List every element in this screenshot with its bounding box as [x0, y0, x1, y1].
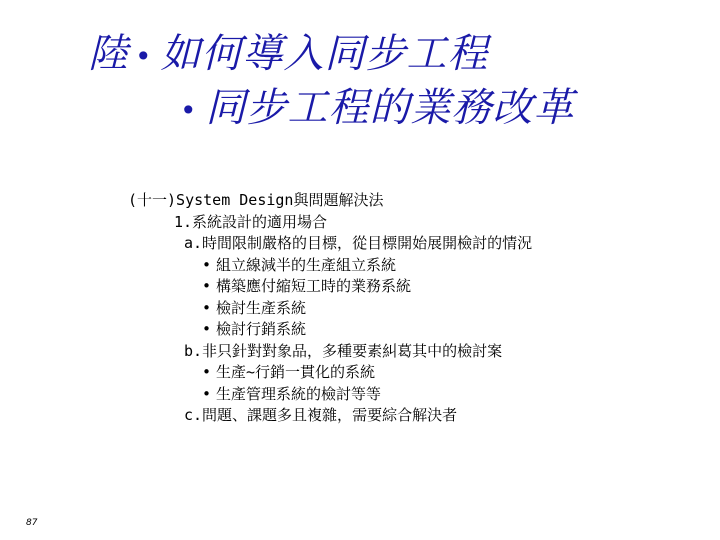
bullet-text: 生產~行銷一貫化的系統: [216, 363, 375, 381]
bullet-item: •檢討生產系統: [128, 298, 532, 320]
bullet-icon: •: [202, 362, 216, 384]
bullet-item: •生產~行銷一貫化的系統: [128, 362, 532, 384]
bullet-icon: •: [202, 384, 216, 406]
bullet-text: 檢討生產系統: [216, 299, 306, 317]
bullet-icon: •: [202, 276, 216, 298]
bullet-icon: •: [202, 255, 216, 277]
bullet-text: 檢討行銷系統: [216, 320, 306, 338]
slide-title-line-2: •同步工程的業務改革: [180, 84, 575, 135]
subtitle-text: 同步工程的業務改革: [206, 85, 575, 131]
bullet-text: 構築應付縮短工時的業務系統: [216, 277, 411, 295]
subitem-b-label: b.非只針對對象品，多種要素糾葛其中的檢討案: [128, 341, 532, 363]
bullet-icon: •: [180, 94, 198, 127]
bullet-icon: •: [202, 298, 216, 320]
title-text: 如何導入同步工程: [161, 31, 489, 77]
slide-title-line-1: 陸•如何導入同步工程: [88, 30, 489, 81]
page-number: 87: [26, 518, 37, 528]
bullet-icon: •: [202, 319, 216, 341]
subitem-c-label: c.問題、課題多且複雜，需要綜合解決者: [128, 405, 532, 427]
bullet-text: 組立線減半的生產組立系統: [216, 256, 396, 274]
bullet-item: •檢討行銷系統: [128, 319, 532, 341]
section-heading: (十一)System Design與問題解決法: [128, 190, 532, 212]
bullet-icon: •: [135, 40, 153, 73]
title-prefix: 陸: [88, 31, 129, 77]
subitem-a-label: a.時間限制嚴格的目標，從目標開始展開檢討的情況: [128, 233, 532, 255]
bullet-item: •構築應付縮短工時的業務系統: [128, 276, 532, 298]
bullet-text: 生產管理系統的檢討等等: [216, 385, 381, 403]
item-1-label: 1.系統設計的適用場合: [128, 212, 532, 234]
bullet-item: •組立線減半的生產組立系統: [128, 255, 532, 277]
bullet-item: •生產管理系統的檢討等等: [128, 384, 532, 406]
section-content: (十一)System Design與問題解決法 1.系統設計的適用場合 a.時間…: [128, 190, 532, 427]
